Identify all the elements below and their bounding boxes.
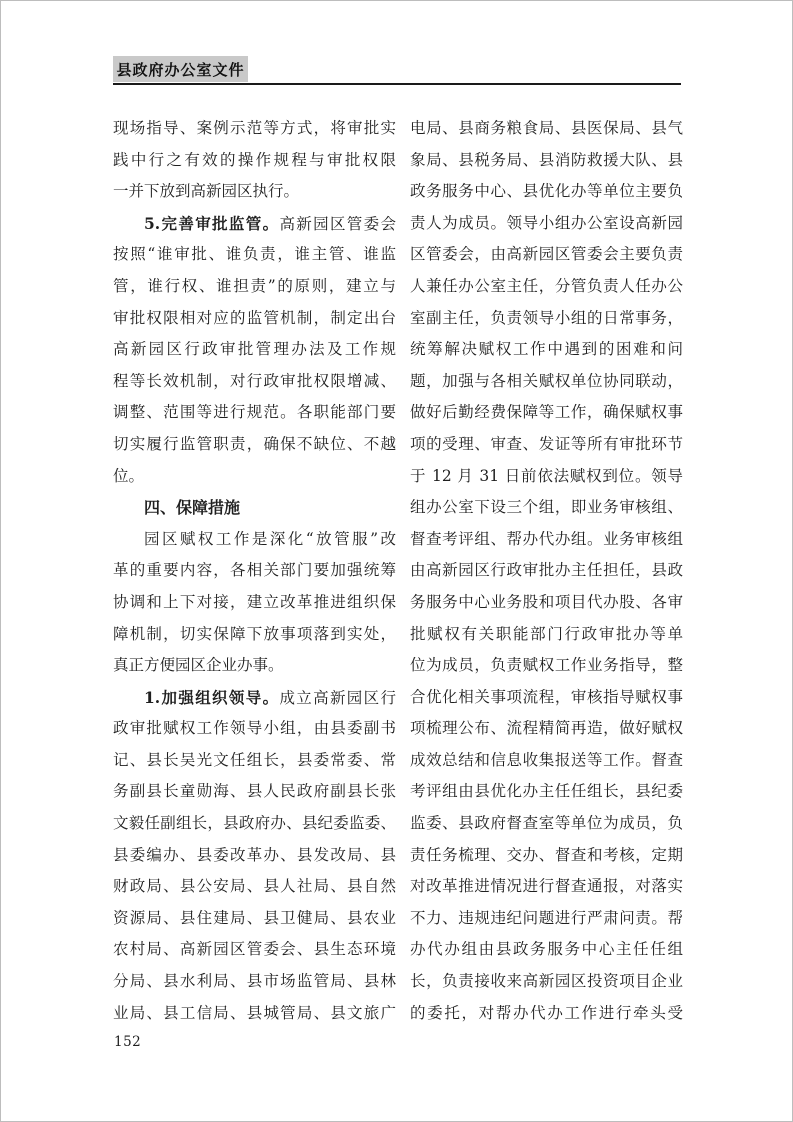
text-line: 统筹解决赋权工作中遇到的困难和问 <box>410 334 683 366</box>
text-line: 园区赋权工作是深化“放管服”改 <box>113 524 396 556</box>
text-line: 不力、违规违纪问题进行严肃问责。帮 <box>410 903 683 935</box>
text-line: 政务服务中心、县优化办等单位主要负 <box>410 176 683 208</box>
text-line: 对改革推进情况进行督查通报，对落实 <box>410 871 683 903</box>
bold-lead: 5.完善审批监管。 <box>144 214 279 233</box>
text-line: 高新园区行政审批管理办法及工作规 <box>113 334 396 366</box>
text-line: 一并下放到高新园区执行。 <box>113 176 396 208</box>
text-line: 财政局、县公安局、县人社局、县自然 <box>113 871 396 903</box>
text-line: 务副县长童勋海、县人民政府副县长张 <box>113 776 396 808</box>
text-line: 成效总结和信息收集报送等工作。督查 <box>410 745 683 777</box>
document-page: 县政府办公室文件 现场指导、案例示范等方式，将审批实践中行之有效的操作规程与审批… <box>0 0 793 1122</box>
text-line: 的委托，对帮办代办工作进行牵头受 <box>410 998 683 1030</box>
text-line: 合优化相关事项流程，审核指导赋权事 <box>410 682 683 714</box>
text-line: 项梳理公布、流程精简再造，做好赋权 <box>410 713 683 745</box>
text-line: 按照“谁审批、谁负责，谁主管、谁监 <box>113 239 396 271</box>
text-line: 人兼任办公室主任，分管负责人任办公 <box>410 271 683 303</box>
text-line: 督查考评组、帮办代办组。业务审核组 <box>410 524 683 556</box>
text-line: 责任务梳理、交办、督查和考核，定期 <box>410 840 683 872</box>
text-line: 业局、县工信局、县城管局、县文旅广 <box>113 998 396 1030</box>
text-line: 电局、县商务粮食局、县医保局、县气 <box>410 113 683 145</box>
text-line: 监委、县政府督查室等单位为成员，负 <box>410 808 683 840</box>
text-line: 做好后勤经费保障等工作，确保赋权事 <box>410 397 683 429</box>
text-line: 5.完善审批监管。高新园区管委会 <box>113 208 396 240</box>
text-line: 于 12 月 31 日前依法赋权到位。领导小 <box>410 461 683 493</box>
header-rule <box>113 83 681 85</box>
text-line: 位。 <box>113 461 396 493</box>
text-line: 办代办组由县政务服务中心主任任组 <box>410 934 683 966</box>
header-tag-label: 县政府办公室文件 <box>116 59 244 80</box>
section-heading: 四、保障措施 <box>113 492 396 524</box>
text-line: 责人为成员。领导小组办公室设高新园 <box>410 208 683 240</box>
text-line: 分局、县水利局、县市场监管局、县林 <box>113 966 396 998</box>
text-line: 象局、县税务局、县消防救援大队、县 <box>410 145 683 177</box>
text-line: 室副主任，负责领导小组的日常事务， <box>410 303 683 335</box>
text-line: 文毅任副组长，县政府办、县纪委监委、 <box>113 808 396 840</box>
text-line: 障机制，切实保障下放事项落到实处， <box>113 619 396 651</box>
text-line: 1.加强组织领导。成立高新园区行 <box>113 682 396 714</box>
text-line: 考评组由县优化办主任任组长，县纪委 <box>410 776 683 808</box>
header-tag: 县政府办公室文件 <box>113 56 248 82</box>
body-text: 现场指导、案例示范等方式，将审批实践中行之有效的操作规程与审批权限一并下放到高新… <box>113 113 683 1029</box>
text-line: 长，负责接收来高新园区投资项目企业 <box>410 966 683 998</box>
text-line: 协调和上下对接，建立改革推进组织保 <box>113 587 396 619</box>
text-line: 组办公室下设三个组，即业务审核组、 <box>410 492 683 524</box>
text-line: 记、县长吴光文任组长，县委常委、常 <box>113 745 396 777</box>
text-line: 程等长效机制，对行政审批权限增减、 <box>113 366 396 398</box>
text-line: 务服务中心业务股和项目代办股、各审 <box>410 587 683 619</box>
bold-lead: 1.加强组织领导。 <box>144 688 279 707</box>
text-column-right: 电局、县商务粮食局、县医保局、县气象局、县税务局、县消防救援大队、县政务服务中心… <box>410 113 683 1029</box>
text-line: 审批权限相对应的监管机制，制定出台 <box>113 303 396 335</box>
text-line: 批赋权有关职能部门行政审批办等单 <box>410 619 683 651</box>
text-line: 真正方便园区企业办事。 <box>113 650 396 682</box>
text-line: 践中行之有效的操作规程与审批权限 <box>113 145 396 177</box>
text-line: 政审批赋权工作领导小组，由县委副书 <box>113 713 396 745</box>
text-line: 位为成员，负责赋权工作业务指导，整 <box>410 650 683 682</box>
text-line: 由高新园区行政审批办主任担任，县政 <box>410 555 683 587</box>
text-line: 管，谁行权、谁担责”的原则，建立与 <box>113 271 396 303</box>
text-line: 区管委会，由高新园区管委会主要负责 <box>410 239 683 271</box>
text-line: 题，加强与各相关赋权单位协同联动， <box>410 366 683 398</box>
text-line: 调整、范围等进行规范。各职能部门要 <box>113 397 396 429</box>
text-line: 革的重要内容，各相关部门要加强统筹 <box>113 555 396 587</box>
text-line: 现场指导、案例示范等方式，将审批实 <box>113 113 396 145</box>
page-number: 152 <box>114 1034 141 1050</box>
text-line: 切实履行监管职责，确保不缺位、不越 <box>113 429 396 461</box>
text-line: 资源局、县住建局、县卫健局、县农业 <box>113 903 396 935</box>
text-line: 县委编办、县委改革办、县发改局、县 <box>113 840 396 872</box>
text-line: 农村局、高新园区管委会、县生态环境 <box>113 934 396 966</box>
text-line: 项的受理、审查、发证等所有审批环节 <box>410 429 683 461</box>
text-column-left: 现场指导、案例示范等方式，将审批实践中行之有效的操作规程与审批权限一并下放到高新… <box>113 113 396 1029</box>
